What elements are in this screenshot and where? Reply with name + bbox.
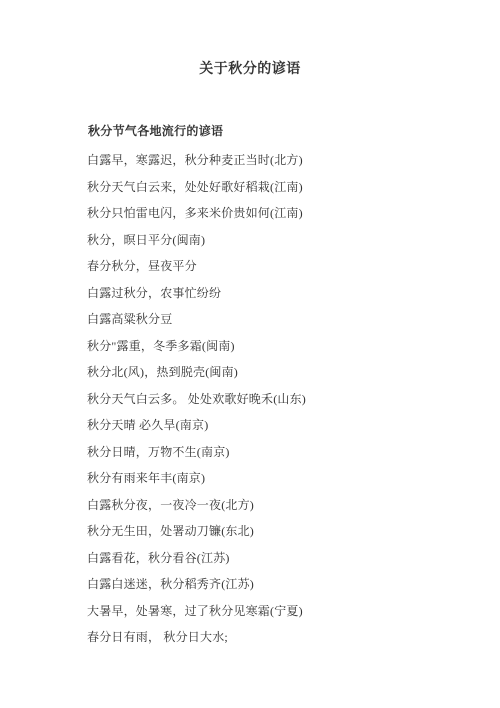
- proverb-list: 白露早，寒露迟，秋分种麦正当时(北方)秋分天气白云来，处处好歌好稻栽(江南)秋分…: [87, 154, 460, 643]
- proverb-line: 秋分日晴，万物不生(南京): [87, 446, 460, 458]
- section-heading: 秋分节气各地流行的谚语: [88, 125, 500, 138]
- proverb-line: 白露早，寒露迟，秋分种麦正当时(北方): [87, 154, 460, 166]
- proverb-line: 白露白迷迷，秋分稻秀齐(江苏): [87, 578, 460, 590]
- proverb-line: 白露高粱秋分豆: [87, 313, 460, 325]
- proverb-line: 秋分天气白云多。 处处欢歌好晚禾(山东): [87, 393, 460, 405]
- proverb-line: 大暑早，处暑寒，过了秋分见寒霜(宁夏): [87, 605, 460, 617]
- proverb-line: 秋分有雨来年丰(南京): [87, 472, 460, 484]
- proverb-line: 秋分只怕雷电闪，多来米价贵如何(江南): [87, 207, 460, 219]
- document-title: 关于秋分的谚语: [0, 0, 500, 78]
- document-page: 关于秋分的谚语 秋分节气各地流行的谚语 白露早，寒露迟，秋分种麦正当时(北方)秋…: [0, 0, 500, 708]
- proverb-line: 秋分"露重，冬季多霜(闽南): [87, 340, 460, 352]
- proverb-line: 春分日有雨， 秋分日大水;: [87, 631, 460, 643]
- proverb-line: 秋分天气白云来，处处好歌好稻栽(江南): [87, 181, 460, 193]
- proverb-line: 白露看花，秋分看谷(江苏): [87, 552, 460, 564]
- proverb-line: 春分秋分，昼夜平分: [87, 260, 460, 272]
- proverb-line: 秋分北(风)，热到脱壳(闽南): [87, 366, 460, 378]
- proverb-line: 秋分无生田，处署动刀镰(东北): [87, 525, 460, 537]
- proverb-line: 秋分，暝日平分(闽南): [87, 234, 460, 246]
- proverb-line: 秋分天晴 必久旱(南京): [87, 419, 460, 431]
- proverb-line: 白露秋分夜，一夜冷一夜(北方): [87, 499, 460, 511]
- proverb-line: 白露过秋分，农事忙纷纷: [87, 287, 460, 299]
